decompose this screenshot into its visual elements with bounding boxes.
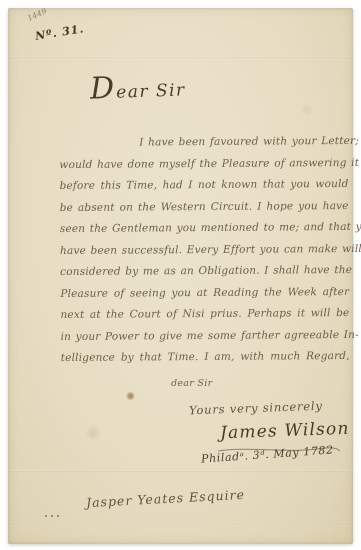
- pencil-dot-marks: [45, 502, 63, 521]
- body-line: have been successful. Every Effort you c…: [60, 238, 349, 262]
- closing-phrase: Yours very sincerely: [189, 399, 323, 418]
- pencil-collector-number: 1449: [26, 6, 48, 22]
- letter-body: I have been favoured with your Letter; a…: [59, 131, 350, 370]
- foxing-spot: [126, 392, 135, 400]
- fold-crease-top: [8, 56, 353, 58]
- body-line: seen the Gentleman you mentioned to me; …: [60, 217, 349, 241]
- body-line: be absent on the Western Circuit. I hope…: [60, 195, 349, 219]
- signature: James Wilson: [220, 419, 350, 444]
- fold-crease-lower: [8, 522, 353, 524]
- addressee-line: Jasper Yeates Esquire: [86, 487, 246, 510]
- docket-number: Nº. 31.: [34, 22, 85, 43]
- closing-salute: dear Sir: [171, 378, 212, 389]
- body-line: would have done myself the Pleasure of a…: [59, 152, 348, 176]
- body-line: in your Power to give me some farther ag…: [61, 324, 350, 348]
- fold-crease-bottom: [8, 470, 353, 472]
- letter-paper: 1449 Nº. 31. Dear Sir I have been favour…: [8, 8, 353, 544]
- faint-stain: [84, 426, 102, 440]
- photo-background: 1449 Nº. 31. Dear Sir I have been favour…: [0, 0, 361, 550]
- body-line: Pleasure of seeing you at Reading the We…: [60, 281, 349, 305]
- body-line: telligence by that Time. I am, with much…: [61, 346, 350, 370]
- body-line: I have been favoured with your Letter; a…: [59, 131, 348, 155]
- body-line: before this Time, had I not known that y…: [59, 174, 348, 198]
- salutation: Dear Sir: [89, 68, 186, 106]
- body-line: next at the Court of Nisi prius. Perhaps…: [60, 303, 349, 327]
- faint-stain: [300, 104, 314, 116]
- body-line: considered by me as an Obligation. I sha…: [60, 260, 349, 284]
